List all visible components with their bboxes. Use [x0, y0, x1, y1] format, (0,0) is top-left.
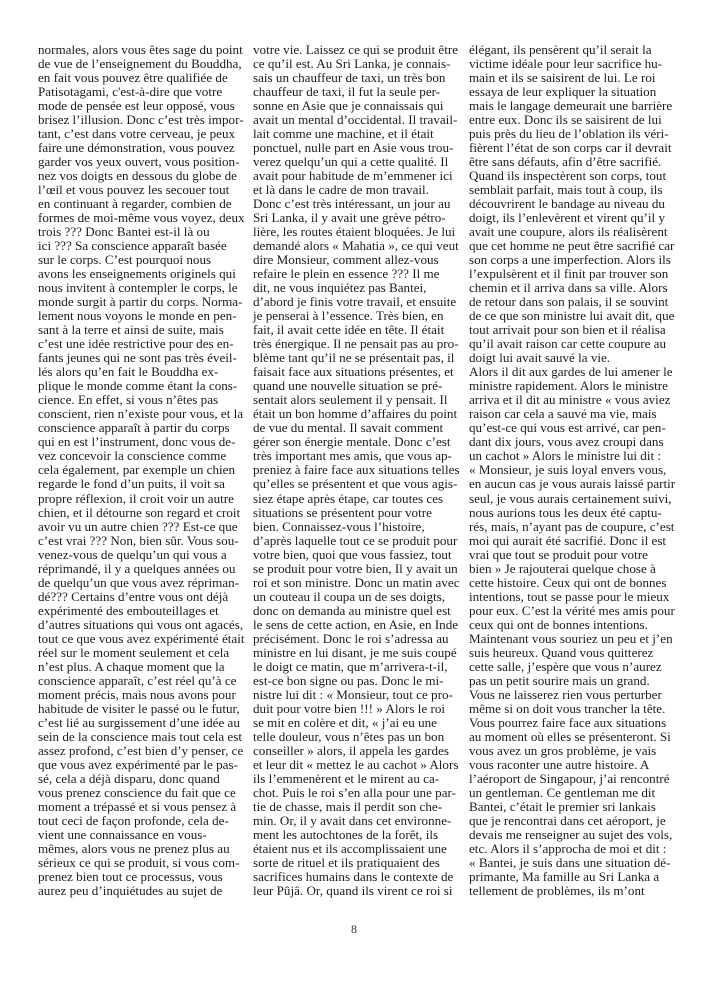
text-line: se mit en colère et dit, « j’ai eu une: [253, 716, 465, 730]
text-line: élégant, ils pensèrent qu’il serait la: [469, 43, 681, 57]
text-line: nous invitent à contempler le corps, le: [38, 281, 250, 295]
text-line: formes de moi-même vous voyez, deux: [38, 211, 250, 225]
text-line: moment a trépassé et si vous pensez à: [38, 800, 250, 814]
text-line: vous raconter une autre histoire. A: [469, 758, 681, 772]
text-line: bien. Connaissez-vous l’histoire,: [253, 520, 465, 534]
text-line: en continuant à regarder, combien de: [38, 197, 250, 211]
text-line: mais le langage demeurait une barrière: [469, 99, 681, 113]
text-line: tie de chasse, mais il perdit son che-: [253, 800, 465, 814]
text-line: tout ce que vous avez expérimenté était: [38, 632, 250, 646]
text-line: ceux qui ont de bonnes intentions.: [469, 618, 681, 632]
text-line: conscience apparaît, c’est réel qu’à ce: [38, 674, 250, 688]
text-line: votre bien, quoi que vous fassiez, tout: [253, 548, 465, 562]
text-line: cience. En effet, si vous n’êtes pas: [38, 393, 250, 407]
text-line: sentait alors seulement il y pensait. Il: [253, 393, 465, 407]
text-line: chot. Puis le roi s’en alla pour une par…: [253, 786, 465, 800]
text-line: ment les autochtones de la forêt, ils: [253, 828, 465, 842]
text-line: conseiller » alors, il appela les gardes: [253, 744, 465, 758]
text-line: lait comme une machine, et il était: [253, 127, 465, 141]
text-line: avait pour habitude de m’emmener ici: [253, 169, 465, 183]
text-line: en aucun cas je vous aurais laissé parti…: [469, 477, 681, 491]
text-line: c’est vrai ??? Non, bien sûr. Vous sou-: [38, 534, 250, 548]
text-line: trois ??? Donc Bantei est-il là ou: [38, 225, 250, 239]
text-line: lés alors qu’en fait le Bouddha ex-: [38, 365, 250, 379]
text-line: plique le monde comme étant la cons-: [38, 379, 250, 393]
text-line: avons les enseignements originels qui: [38, 267, 250, 281]
text-line: pour eux. C’est la vérité mes amis pour: [469, 604, 681, 618]
text-line: primante, Ma famille au Sri Lanka a: [469, 870, 681, 884]
text-line: tant, c’est dans votre cerveau, je peux: [38, 127, 250, 141]
text-line: sé, cela a déjà disparu, donc quand: [38, 772, 250, 786]
text-line: donc on demanda au ministre quel est: [253, 604, 465, 618]
text-line: seul, je vous aurais certainement suivi,: [469, 492, 681, 506]
text-line: fants jeunes qui ne sont pas très éveil-: [38, 351, 250, 365]
text-line: Patisotagami, c'est-à-dire que votre: [38, 85, 250, 99]
text-line: devais me renseigner au sujet des vols,: [469, 828, 681, 842]
text-line: faisait face aux situations présentes, e…: [253, 365, 465, 379]
text-line: sacrifices humains dans le contexte de: [253, 870, 465, 884]
text-line: « Bantei, je suis dans une situation dé-: [469, 856, 681, 870]
text-line: roi et son ministre. Donc un matin avec: [253, 576, 465, 590]
document-page: normales, alors vous êtes sage du pointd…: [0, 0, 708, 1000]
text-line: dant dix jours, vous avez croupi dans: [469, 435, 681, 449]
text-line: lière, les routes étaient bloquées. Je l…: [253, 225, 465, 239]
text-line: d’après laquelle tout ce se produit pour: [253, 534, 465, 548]
text-line: demandé alors « Mahatia », ce qui veut: [253, 239, 465, 253]
text-line: qu’est-ce qui vous est arrivé, car pen-: [469, 421, 681, 435]
text-line: quand une nouvelle situation se pré-: [253, 379, 465, 393]
text-line: garder vos yeux ouvert, vous position-: [38, 155, 250, 169]
text-line: chemin et il arriva dans sa ville. Alors: [469, 281, 681, 295]
text-line: son corps a une imperfection. Alors ils: [469, 253, 681, 267]
text-line: très énergique. Il ne pensait pas au pro…: [253, 337, 465, 351]
text-line: de vue du mental. Il savait comment: [253, 421, 465, 435]
text-line: avoir vu un autre chien ??? Est-ce que: [38, 520, 250, 534]
text-line: nistre lui dit : « Monsieur, tout ce pro…: [253, 688, 465, 702]
text-line: un couteau il coupa un de ses doigts,: [253, 590, 465, 604]
text-line: main et ils se saisirent de lui. Le roi: [469, 71, 681, 85]
text-line: vient une connaissance en vous-: [38, 828, 250, 842]
text-line: Alors il dit aux gardes de lui amener le: [469, 365, 681, 379]
text-column-2: votre vie. Laissez ce qui se produit êtr…: [253, 43, 465, 898]
text-line: faire une démonstration, vous pouvez: [38, 141, 250, 155]
text-line: d’abord je finis votre travail, et ensui…: [253, 295, 465, 309]
text-line: d’autres situations qui vous ont agacés,: [38, 618, 250, 632]
text-line: même si on doit vous trancher la tête.: [469, 702, 681, 716]
text-line: lement nous voyons le monde en pen-: [38, 309, 250, 323]
text-line: leur Pûjâ. Or, quand ils virent ce roi s…: [253, 884, 465, 898]
text-line: blème tant qu’il ne se présentait pas, i…: [253, 351, 465, 365]
text-line: situations se présentent pour votre: [253, 506, 465, 520]
text-line: n’est plus. A chaque moment que la: [38, 660, 250, 674]
text-line: puis près du lieu de l’oblation ils véri…: [469, 127, 681, 141]
text-line: avait un mental d’occidental. Il travail…: [253, 113, 465, 127]
text-column-3: élégant, ils pensèrent qu’il serait lavi…: [469, 43, 681, 898]
text-line: sant à la terre et ainsi de suite, mais: [38, 323, 250, 337]
text-line: sérieux ce qui se produit, si vous com-: [38, 856, 250, 870]
text-line: brisez l’illusion. Donc c’est très impor…: [38, 113, 250, 127]
text-line: prenez bien tout ce processus, vous: [38, 870, 250, 884]
text-line: vous avez un gros problème, je vais: [469, 744, 681, 758]
text-line: normales, alors vous êtes sage du point: [38, 43, 250, 57]
text-line: vrai que tout se produit pour votre: [469, 548, 681, 562]
text-line: réel sur le moment seulement et cela: [38, 646, 250, 660]
text-line: précisément. Donc le roi s’adressa au: [253, 632, 465, 646]
text-line: moment précis, mais nous avons pour: [38, 688, 250, 702]
text-line: « Monsieur, je suis loyal envers vous,: [469, 463, 681, 477]
text-line: Bantei, c’était le premier sri lankais: [469, 800, 681, 814]
text-line: réprimandé, il y a quelques années ou: [38, 562, 250, 576]
text-line: vous prenez conscience du fait que ce: [38, 786, 250, 800]
text-line: refaire le plein en essence ??? Il me: [253, 267, 465, 281]
text-line: ministre rapidement. Alors le ministre: [469, 379, 681, 393]
text-line: semblait parfait, mais tout à coup, ils: [469, 183, 681, 197]
text-line: tellement de problèmes, ils m’ont: [469, 884, 681, 898]
text-line: fait, il avait cette idée en tête. Il ét…: [253, 323, 465, 337]
text-line: expérimenté des embouteillages et: [38, 604, 250, 618]
text-line: était un bon homme d’affaires du point: [253, 407, 465, 421]
text-line: pas un petit sourire mais un grand.: [469, 674, 681, 688]
text-line: gérer son énergie mentale. Donc c’est: [253, 435, 465, 449]
text-line: telle douleur, vous n’êtes pas un bon: [253, 730, 465, 744]
text-line: mode de pensée est leur opposé, vous: [38, 99, 250, 113]
text-line: se produit pour votre bien, Il y avait u…: [253, 562, 465, 576]
text-line: Quand ils inspectèrent son corps, tout: [469, 169, 681, 183]
text-line: conscience apparaît à partir du corps: [38, 421, 250, 435]
text-line: Donc c’est très intéressant, un jour au: [253, 197, 465, 211]
text-line: avait une coupure, alors ils réalisèrent: [469, 225, 681, 239]
text-line: Vous ne laisserez rien vous perturber: [469, 688, 681, 702]
text-line: duit pour votre bien !!! » Alors le roi: [253, 702, 465, 716]
text-line: sur le corps. C’est pourquoi nous: [38, 253, 250, 267]
text-line: arriva et il dit au ministre « vous avie…: [469, 393, 681, 407]
text-line: propre réflexion, il croit voir un autre: [38, 492, 250, 506]
text-line: siez étape après étape, car toutes ces: [253, 492, 465, 506]
text-line: mêmes, alors vous ne prenez plus au: [38, 842, 250, 856]
text-line: est-ce bon signe ou pas. Donc le mi-: [253, 674, 465, 688]
text-line: nez vos doigts en dessous du globe de: [38, 169, 250, 183]
text-line: etc. Alors il s’approcha de moi et dit :: [469, 842, 681, 856]
text-line: cela également, par exemple un chien: [38, 463, 250, 477]
text-line: étaient nus et ils accomplissaient une: [253, 842, 465, 856]
text-line: votre vie. Laissez ce qui se produit êtr…: [253, 43, 465, 57]
text-line: Vous pourrez faire face aux situations: [469, 716, 681, 730]
text-line: que cet homme ne peut être sacrifié car: [469, 239, 681, 253]
text-line: vez concevoir la conscience comme: [38, 449, 250, 463]
text-line: de ce que son ministre lui avait dit, qu…: [469, 309, 681, 323]
text-line: moi qui aurait été sacrifié. Donc il est: [469, 534, 681, 548]
text-line: rés, mais, n’ayant pas de coupure, c’est: [469, 520, 681, 534]
text-line: chauffeur de taxi, il fut la seule per-: [253, 85, 465, 99]
text-line: ici ??? Sa conscience apparaît basée: [38, 239, 250, 253]
text-line: aurez peu d’inquiétudes au sujet de: [38, 884, 250, 898]
text-line: c’est une idée restrictive pour des en-: [38, 337, 250, 351]
text-line: qu’elles se présentent et que vous agis-: [253, 477, 465, 491]
text-line: que je rencontrai dans cet aéroport, je: [469, 814, 681, 828]
text-line: nous aurions tous les deux été captu-: [469, 506, 681, 520]
text-line: qu’il avait raison car cette coupure au: [469, 337, 681, 351]
text-line: tout arrivait pour son bien et il réalis…: [469, 323, 681, 337]
text-line: c’est lié au surgissement d’une idée au: [38, 716, 250, 730]
text-line: cette histoire. Ceux qui ont de bonnes: [469, 576, 681, 590]
text-line: verez quelqu’un qui a cette qualité. Il: [253, 155, 465, 169]
text-line: le sens de cette action, en Asie, en Ind…: [253, 618, 465, 632]
text-line: de vue de l’enseignement du Bouddha,: [38, 57, 250, 71]
text-line: preniez à faire face aux situations tell…: [253, 463, 465, 477]
text-line: de quelqu’un que vous avez répriman-: [38, 576, 250, 590]
text-line: Maintenant vous souriez un peu et j’en: [469, 632, 681, 646]
text-line: un cachot » Alors le ministre lui dit :: [469, 449, 681, 463]
text-line: être sans défauts, afin d’être sacrifié.: [469, 155, 681, 169]
text-line: l’œil et vous pouvez les secouer tout: [38, 183, 250, 197]
text-line: l’aéroport de Singapour, j’ai rencontré: [469, 772, 681, 786]
text-line: raison car cela a sauvé ma vie, mais: [469, 407, 681, 421]
text-line: victime idéale pour leur sacrifice hu-: [469, 57, 681, 71]
text-line: cette salle, j’espère que vous n’aurez: [469, 660, 681, 674]
text-line: suis heureux. Quand vous quitterez: [469, 646, 681, 660]
text-line: habitude de visiter le passé ou le futur…: [38, 702, 250, 716]
text-line: monde surgit à partir du corps. Norma-: [38, 295, 250, 309]
text-line: de retour dans son palais, il se souvint: [469, 295, 681, 309]
text-line: et leur dit « mettez le au cachot » Alor…: [253, 758, 465, 772]
text-line: Sri Lanka, il y avait une grève pétro-: [253, 211, 465, 225]
text-line: un gentleman. Ce gentleman me dit: [469, 786, 681, 800]
text-line: sonne en Asie que je connaissais qui: [253, 99, 465, 113]
text-line: dé??? Certains d’entre vous ont déjà: [38, 590, 250, 604]
text-line: je penserai à l’essence. Très bien, en: [253, 309, 465, 323]
text-line: qui en est l’instrument, donc vous de-: [38, 435, 250, 449]
text-line: ministre en lui disant, je me suis coupé: [253, 646, 465, 660]
text-line: tout ceci de façon profonde, cela de-: [38, 814, 250, 828]
text-line: assez profond, c’est bien d’y penser, ce: [38, 744, 250, 758]
text-line: doigt, ils l’enlevèrent et virent qu’il …: [469, 211, 681, 225]
text-line: sais un chauffeur de taxi, un très bon: [253, 71, 465, 85]
text-line: dire Monsieur, comment allez-vous: [253, 253, 465, 267]
text-line: très important mes amis, que vous ap-: [253, 449, 465, 463]
text-line: doigt lui avait sauvé la vie.: [469, 351, 681, 365]
text-line: le doigt ce matin, que m’arrivera-t-il,: [253, 660, 465, 674]
text-line: chien, et il détourne son regard et croi…: [38, 506, 250, 520]
text-column-1: normales, alors vous êtes sage du pointd…: [38, 43, 250, 898]
text-line: conscient, rien n’existe pour vous, et l…: [38, 407, 250, 421]
text-line: regarde le fond d’un puits, il voit sa: [38, 477, 250, 491]
text-line: ce qu’il est. Au Sri Lanka, je connais-: [253, 57, 465, 71]
text-line: au moment où elles se présenteront. Si: [469, 730, 681, 744]
text-line: bien » Je rajouterai quelque chose à: [469, 562, 681, 576]
text-line: l’expulsèrent et il finit par trouver so…: [469, 267, 681, 281]
text-line: ponctuel, nulle part en Asie vous trou-: [253, 141, 465, 155]
text-line: essaya de leur expliquer la situation: [469, 85, 681, 99]
text-line: intentions, tout se passe pour le mieux: [469, 590, 681, 604]
text-line: fièrent l’état de son corps car il devra…: [469, 141, 681, 155]
text-line: en fait vous pouvez être qualifiée de: [38, 71, 250, 85]
text-line: ils l’emmenèrent et le mirent au ca-: [253, 772, 465, 786]
text-line: min. Or, il y avait dans cet environne-: [253, 814, 465, 828]
text-line: et là dans le cadre de mon travail.: [253, 183, 465, 197]
text-line: que vous avez expérimenté par le pas-: [38, 758, 250, 772]
text-line: découvrirent le bandage au niveau du: [469, 197, 681, 211]
page-number: 8: [0, 922, 708, 937]
text-line: sein de la conscience mais tout cela est: [38, 730, 250, 744]
text-line: venez-vous de quelqu’un qui vous a: [38, 548, 250, 562]
text-line: dit, ne vous inquiétez pas Bantei,: [253, 281, 465, 295]
text-line: sorte de rituel et ils pratiquaient des: [253, 856, 465, 870]
text-line: entre eux. Donc ils se saisirent de lui: [469, 113, 681, 127]
